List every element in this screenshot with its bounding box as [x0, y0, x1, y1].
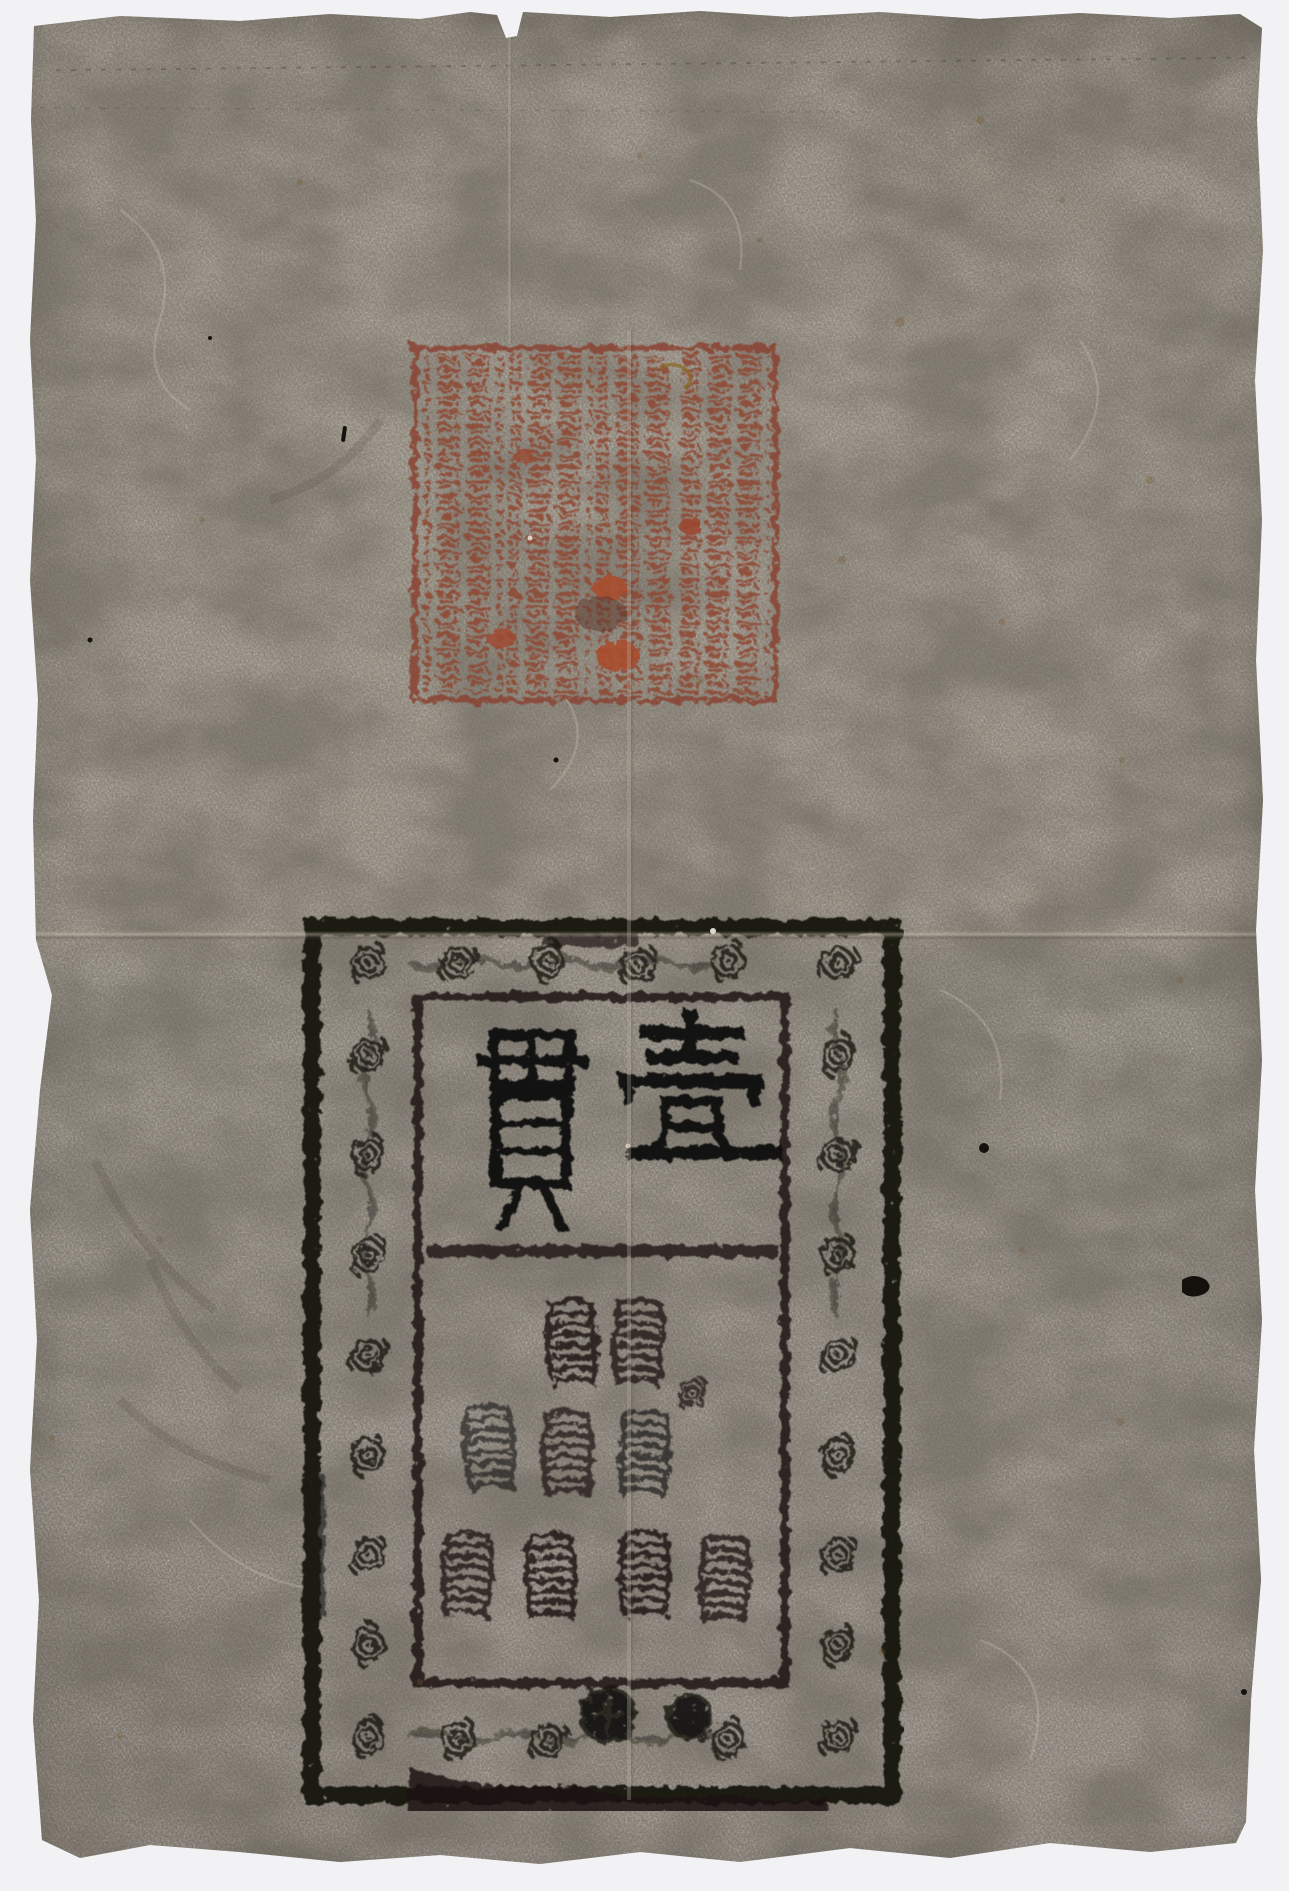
fold-crease-horizontal: [30, 931, 1263, 940]
fold-crease-vertical: [627, 330, 631, 1800]
bright-flecks: [528, 536, 717, 1149]
straw-fiber: [660, 364, 691, 388]
ink-specks: [88, 336, 1248, 1881]
foxing-spots: [49, 116, 1184, 1740]
paper-specks: [0, 0, 1289, 1891]
fold-crease-top-notch: [508, 14, 511, 344]
scan-background: 壹貫: [0, 0, 1289, 1891]
banknote-paper: 壹貫: [0, 0, 1289, 1891]
